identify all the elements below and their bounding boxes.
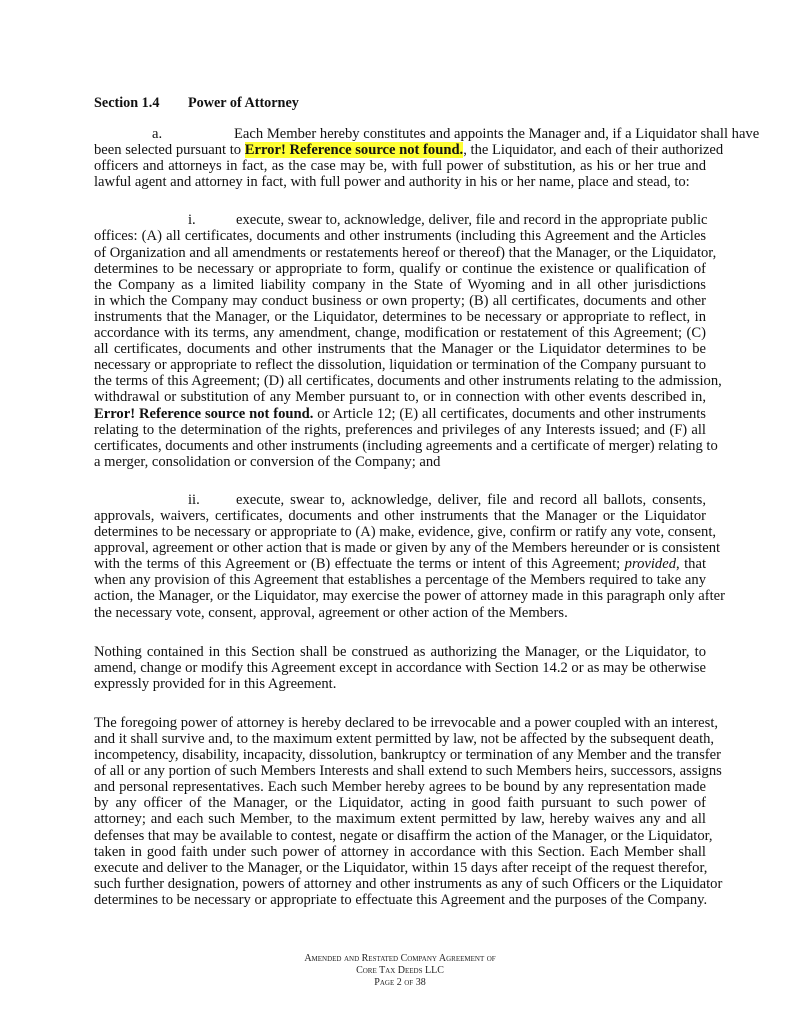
text-line: relating to the determination of the rig… [94,422,706,438]
paragraph-nothing-contained: Nothing contained in this Section shall … [94,644,706,692]
text-line: Error! Reference source not found. or Ar… [94,406,706,422]
text-line: approval, agreement or other action that… [94,540,706,556]
text-line: a.Each Member hereby constitutes and app… [94,126,706,142]
page-footer: Amended and Restated Company Agreement o… [0,953,800,989]
paragraph-foregoing: The foregoing power of attorney is hereb… [94,715,706,908]
text-line: withdrawal or substitution of any Member… [94,389,706,405]
section-heading: Section 1.4 Power of Attorney [94,94,706,112]
text-line: defenses that may be available to contes… [94,828,706,844]
paragraph-label: i. [188,212,236,228]
text-line: certificates, documents and other instru… [94,438,706,454]
text: with the terms of this Agreement or (B) … [94,556,625,572]
text: been selected pursuant to [94,142,245,158]
text-line: of all or any portion of such Members In… [94,763,706,779]
document-page: Section 1.4 Power of Attorney a.Each Mem… [94,94,706,908]
text-line: attorney; and each such Member, to the m… [94,811,706,827]
text: , the Liquidator, and each of their auth… [463,142,723,158]
paragraph-ii: ii.execute, swear to, acknowledge, deliv… [94,492,706,621]
text-line: a merger, consolidation or conversion of… [94,454,706,470]
text-line: the terms of this Agreement; (D) all cer… [94,373,706,389]
text: execute, swear to, acknowledge, deliver,… [236,212,707,228]
text-line: approvals, waivers, certificates, docume… [94,508,706,524]
text-line: amend, change or modify this Agreement e… [94,660,706,676]
footer-page-number: Page 2 of 38 [0,977,800,989]
text-line: and it shall survive and, to the maximum… [94,731,706,747]
text-line: offices: (A) all certificates, documents… [94,228,706,244]
text-line: in which the Company may conduct busines… [94,293,706,309]
text: or Article 12; (E) all certificates, doc… [313,406,706,422]
text-line: of Organization and all amendments or re… [94,245,706,261]
text-line: lawful agent and attorney in fact, with … [94,174,706,190]
text: , that [676,556,706,572]
text-line: officers and attorneys in fact, as the c… [94,158,706,174]
text-line: accordance with its terms, any amendment… [94,325,706,341]
text-line: the Company as a limited liability compa… [94,277,706,293]
error-reference-highlight: Error! Reference source not found. [245,142,463,158]
text-line: determines to be necessary or appropriat… [94,261,706,277]
section-number: Section 1.4 [94,94,188,112]
text-line: The foregoing power of attorney is hereb… [94,715,706,731]
section-title: Power of Attorney [188,94,299,112]
text-line: all certificates, documents and other in… [94,341,706,357]
text-line: been selected pursuant to Error! Referen… [94,142,706,158]
paragraph-label: ii. [188,492,236,508]
footer-company-name: Core Tax Deeds LLC [0,965,800,977]
text: execute, swear to, acknowledge, deliver,… [236,492,706,508]
text-line: when any provision of this Agreement tha… [94,572,706,588]
text-line: expressly provided for in this Agreement… [94,676,706,692]
text-line: incompetency, disability, incapacity, di… [94,747,706,763]
text-line: ii.execute, swear to, acknowledge, deliv… [94,492,706,508]
text-line: necessary or appropriate to reflect the … [94,357,706,373]
paragraph-a: a.Each Member hereby constitutes and app… [94,126,706,190]
text: Each Member hereby constitutes and appoi… [234,126,759,142]
footer-agreement-title: Amended and Restated Company Agreement o… [0,953,800,965]
italic-term: provided [625,556,676,572]
paragraph-i: i.execute, swear to, acknowledge, delive… [94,212,706,470]
text-line: by any officer of the Manager, or the Li… [94,795,706,811]
error-reference: Error! Reference source not found. [94,406,313,422]
text-line: with the terms of this Agreement or (B) … [94,556,706,572]
text-line: instruments that the Manager, or the Liq… [94,309,706,325]
text-line: execute and deliver to the Manager, or t… [94,860,706,876]
text-line: determines to be necessary or appropriat… [94,524,706,540]
text-line: and personal representatives. Each such … [94,779,706,795]
text-line: the necessary vote, consent, approval, a… [94,605,706,621]
paragraph-label: a. [152,126,234,142]
text-line: Nothing contained in this Section shall … [94,644,706,660]
text-line: i.execute, swear to, acknowledge, delive… [94,212,706,228]
text-line: determines to be necessary or appropriat… [94,892,706,908]
text-line: action, the Manager, or the Liquidator, … [94,588,706,604]
text-line: such further designation, powers of atto… [94,876,706,892]
text-line: taken in good faith under such power of … [94,844,706,860]
